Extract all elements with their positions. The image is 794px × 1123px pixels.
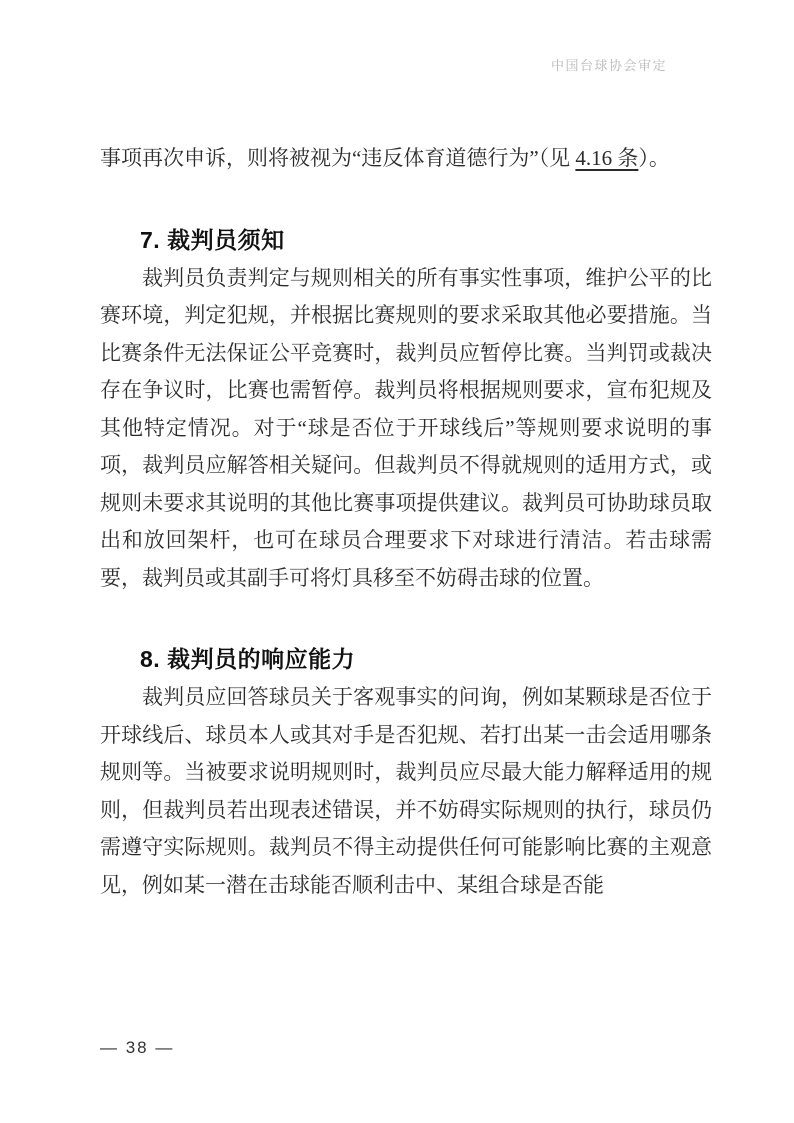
section-8-heading: 8. 裁判员的响应能力	[140, 639, 712, 679]
paragraph-continued-from-previous-page: 事项再次申诉，则将被视为“违反体育道德行为”（见 4.16 条）。	[100, 140, 712, 178]
text-segment: ）。	[638, 146, 670, 170]
rule-cross-reference: 4.16 条	[575, 146, 638, 170]
text-segment: 事项再次申诉，则将被视为“违反体育道德行为”（见	[100, 146, 575, 170]
section-8-paragraph: 裁判员应回答球员关于客观事实的问询，例如某颗球是否位于开球线后、球员本人或其对手…	[100, 679, 712, 904]
section-7-heading: 7. 裁判员须知	[140, 220, 712, 260]
section-7-paragraph: 裁判员负责判定与规则相关的所有事实性事项，维护公平的比赛环境，判定犯规，并根据比…	[100, 260, 712, 598]
approval-header-stamp: 中国台球协会审定	[551, 55, 667, 74]
page-content: 事项再次申诉，则将被视为“违反体育道德行为”（见 4.16 条）。 7. 裁判员…	[100, 140, 712, 904]
page-number: — 38 —	[100, 1038, 174, 1058]
document-page: 中国台球协会审定 事项再次申诉，则将被视为“违反体育道德行为”（见 4.16 条…	[0, 0, 794, 1123]
